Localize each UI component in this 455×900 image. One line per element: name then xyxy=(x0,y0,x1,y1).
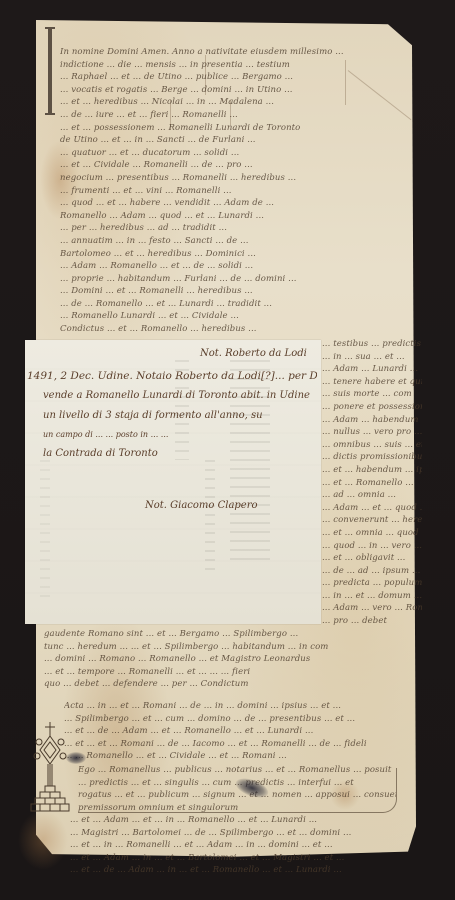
script-line: gaudente Romano sint ... et ... Bergamo … xyxy=(44,628,416,641)
note-line: un campo di ... ... posto in ... ... xyxy=(43,430,305,439)
script-line: ... et ... et ... Romani ... de ... Iaco… xyxy=(64,738,404,751)
script-line: ... in ... sua ... et ... xyxy=(322,351,422,364)
script-line: ... Adam ... vero ... Roman xyxy=(322,602,422,615)
script-line: ... tenere habere et quieti xyxy=(322,376,422,389)
script-line: ... domini ... Romano ... Romanello ... … xyxy=(44,653,416,666)
script-line: ... in ... et ... domum ... xyxy=(322,590,422,603)
script-line: Acta ... in ... et ... Romani ... de ...… xyxy=(64,700,404,713)
notary-emblem-icon xyxy=(30,720,70,815)
stain xyxy=(18,810,68,870)
script-line: Condictus ... et ... Romanello ... hered… xyxy=(60,323,422,336)
note-signature: Not. Giacomo Clapero xyxy=(145,500,258,511)
script-line: ... convenerunt ... heredibus xyxy=(322,514,422,527)
note-line: la Contrada di Toronto xyxy=(43,448,158,459)
script-line: ... quod ... in ... vero ... xyxy=(322,540,422,553)
parchment-text-middle: gaudente Romano sint ... et ... Bergamo … xyxy=(44,628,416,696)
script-line: ... et ... de ... Adam ... in ... et ...… xyxy=(70,864,400,876)
script-line: ... de ... Romanello ... et ... Lunardi … xyxy=(60,298,422,311)
parchment-text-bottom: ... et ... Adam ... et ... in ... Romane… xyxy=(70,814,400,876)
script-line: ... Adam ... habendum ... ipsum xyxy=(322,414,422,427)
script-line: ... Romanello Lunardi ... et ... Cividal… xyxy=(60,310,422,323)
parchment-text-top: In nomine Domini Amen. Anno a nativitate… xyxy=(60,46,422,340)
script-line: ... Adam ... Lunardi ... xyxy=(322,363,422,376)
script-line: ... omnibus ... suis ... et ... xyxy=(322,439,422,452)
script-line: ... frumenti ... et ... vini ... Romanel… xyxy=(60,185,422,198)
decorated-initial xyxy=(48,27,52,115)
script-line: ... testibus ... predictis ... xyxy=(322,338,422,351)
script-line: tunc ... heredum ... ... et ... Spilimbe… xyxy=(44,641,416,654)
script-line: ... pro ... debet xyxy=(322,615,422,628)
note-line: vende a Romanello Lunardi di Toronto abi… xyxy=(43,390,313,401)
bleed-through-print xyxy=(40,460,50,600)
script-line: ... et ... Cividale ... Romanelli ... de… xyxy=(60,159,422,172)
note-header-notary: Not. Roberto da Lodi xyxy=(200,348,307,359)
script-line: ... proprie ... habitandum ... Furlani .… xyxy=(60,273,422,286)
script-line: ... ... Romanello ... et ... Cividale ..… xyxy=(64,750,404,763)
script-line: quo ... debet ... defendere ... per ... … xyxy=(44,678,416,691)
script-line: ... et ... de ... Adam ... et ... Romane… xyxy=(64,725,404,738)
script-line: ... ad ... omnia ... xyxy=(322,489,422,502)
script-line: ... predicta ... populum xyxy=(322,577,422,590)
script-line: ... de ... ad ... ipsum ... xyxy=(322,565,422,578)
script-line: negocium ... presentibus ... Romanelli .… xyxy=(60,172,422,185)
script-line: ... per ... heredibus ... ad ... tradidi… xyxy=(60,222,422,235)
script-line: ... quatuor ... et ... ducatorum ... sol… xyxy=(60,147,422,160)
script-line: ... et ... obligavit ... xyxy=(322,552,422,565)
script-line: ... de ... iure ... et ... fieri ... Rom… xyxy=(60,109,422,122)
script-line: ... et ... omnia ... quod ... xyxy=(322,527,422,540)
bleed-through-print xyxy=(205,460,215,570)
script-line: ... Domini ... et ... Romanelli ... here… xyxy=(60,285,422,298)
script-line: ... nullus ... vero pro ... xyxy=(322,426,422,439)
script-line: de Utino ... et ... in ... Sancti ... de… xyxy=(60,134,422,147)
script-line: ... et ... Adam ... in ... et ... Bartol… xyxy=(70,852,400,865)
script-line: ... et ... possessionem ... Romanelli Lu… xyxy=(60,122,422,135)
script-line: ... et ... habendum ... ipsum ... xyxy=(322,464,422,477)
parchment-text-witnesses: Acta ... in ... et ... Romani ... de ...… xyxy=(64,700,404,764)
script-line: ... et ... Adam ... et ... in ... Romane… xyxy=(70,814,400,827)
script-line: ... Adam ... Romanello ... et ... de ...… xyxy=(60,260,422,273)
archival-note-card: Not. Roberto da Lodi 1491, 2 Dec. Udine.… xyxy=(25,340,321,624)
note-line: un livello di 3 staja di formento all'an… xyxy=(43,410,305,421)
script-line: ... vocatis et rogatis ... Berge ... dom… xyxy=(60,84,422,97)
subscription-bracket xyxy=(78,768,397,813)
script-line: ... et ... heredibus ... Nicolai ... in … xyxy=(60,96,422,109)
note-line: 1491, 2 Dec. Udine. Notaio Roberto da Lo… xyxy=(27,370,317,382)
script-line: indictione ... die ... mensis ... in pre… xyxy=(60,59,422,72)
script-line: ... ponere et possessionem ... xyxy=(322,401,422,414)
script-line: ... suis morte ... com xyxy=(322,388,422,401)
parchment-text-right-column: ... testibus ... predictis ... ... in ..… xyxy=(322,338,422,628)
script-line: ... Raphael ... et ... de Utino ... publ… xyxy=(60,71,422,84)
script-line: Bartolomeo ... et ... heredibus ... Domi… xyxy=(60,248,422,261)
script-line: Romanello ... Adam ... quod ... et ... L… xyxy=(60,210,422,223)
script-line: ... Magistri ... Bartolomei ... de ... S… xyxy=(70,827,400,840)
script-line: ... et ... Romanello ... xyxy=(322,477,422,490)
script-line: ... Spilimbergo ... et ... cum ... domin… xyxy=(64,713,404,726)
script-line: ... dictis promissionibus ... xyxy=(322,451,422,464)
script-line: ... et ... in ... Romanelli ... et ... A… xyxy=(70,839,400,852)
script-line: ... Adam ... et ... quod ... xyxy=(322,502,422,515)
script-line: ... annuatim ... in ... festo ... Sancti… xyxy=(60,235,422,248)
script-line: ... quod ... et ... habere ... vendidit … xyxy=(60,197,422,210)
script-line: ... et ... tempore ... Romanelli ... et … xyxy=(44,666,416,679)
script-line: In nomine Domini Amen. Anno a nativitate… xyxy=(60,46,422,59)
